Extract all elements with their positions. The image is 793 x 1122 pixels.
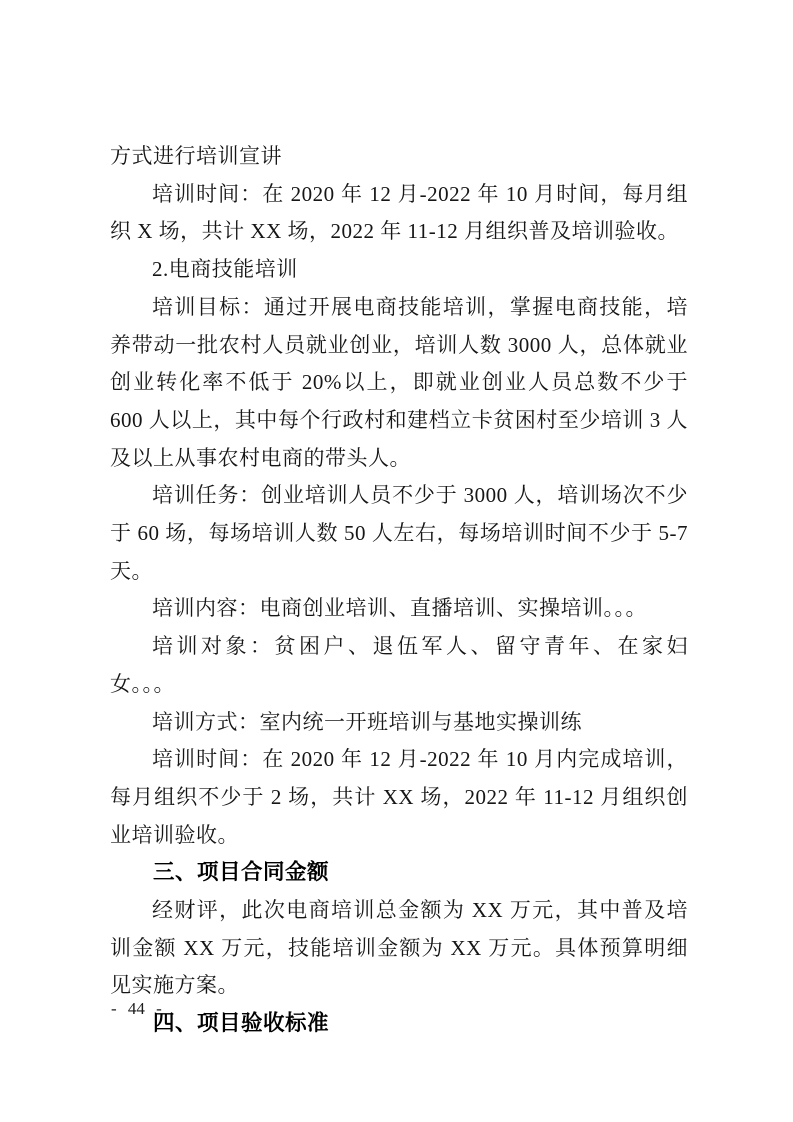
document-page: 方式进行培训宣讲 培训时间：在 2020 年 12 月-2022 年 10 月时… bbox=[0, 0, 793, 1122]
list-subheading-ecommerce-skill-training: 2.电商技能培训 bbox=[110, 251, 688, 289]
section-heading-contract-amount: 三、项目合同金额 bbox=[110, 854, 688, 892]
body-paragraph-contract-amount-detail: 经财评，此次电商培训总金额为 XX 万元，其中普及培训金额 XX 万元，技能培训… bbox=[110, 892, 688, 1005]
page-number: - 44 - bbox=[111, 999, 162, 1019]
section-heading-acceptance-criteria: 四、项目验收标准 bbox=[110, 1005, 688, 1043]
body-paragraph-continuation: 方式进行培训宣讲 bbox=[110, 138, 688, 176]
body-paragraph-training-audience: 培训对象：贫困户、退伍军人、留守青年、在家妇女。。。 bbox=[110, 628, 688, 703]
document-body: 方式进行培训宣讲 培训时间：在 2020 年 12 月-2022 年 10 月时… bbox=[110, 138, 688, 1043]
body-paragraph-training-method: 培训方式：室内统一开班培训与基地实操训练 bbox=[110, 704, 688, 742]
body-paragraph-training-time-general: 培训时间：在 2020 年 12 月-2022 年 10 月时间，每月组织 X … bbox=[110, 176, 688, 251]
body-paragraph-training-goal: 培训目标：通过开展电商技能培训，掌握电商技能，培养带动一批农村人员就业创业，培训… bbox=[110, 289, 688, 478]
body-paragraph-training-time-skill: 培训时间：在 2020 年 12 月-2022 年 10 月内完成培训，每月组织… bbox=[110, 741, 688, 854]
body-paragraph-training-task: 培训任务：创业培训人员不少于 3000 人，培训场次不少于 60 场，每场培训人… bbox=[110, 477, 688, 590]
body-paragraph-training-content: 培训内容：电商创业培训、直播培训、实操培训。。。 bbox=[110, 590, 688, 628]
